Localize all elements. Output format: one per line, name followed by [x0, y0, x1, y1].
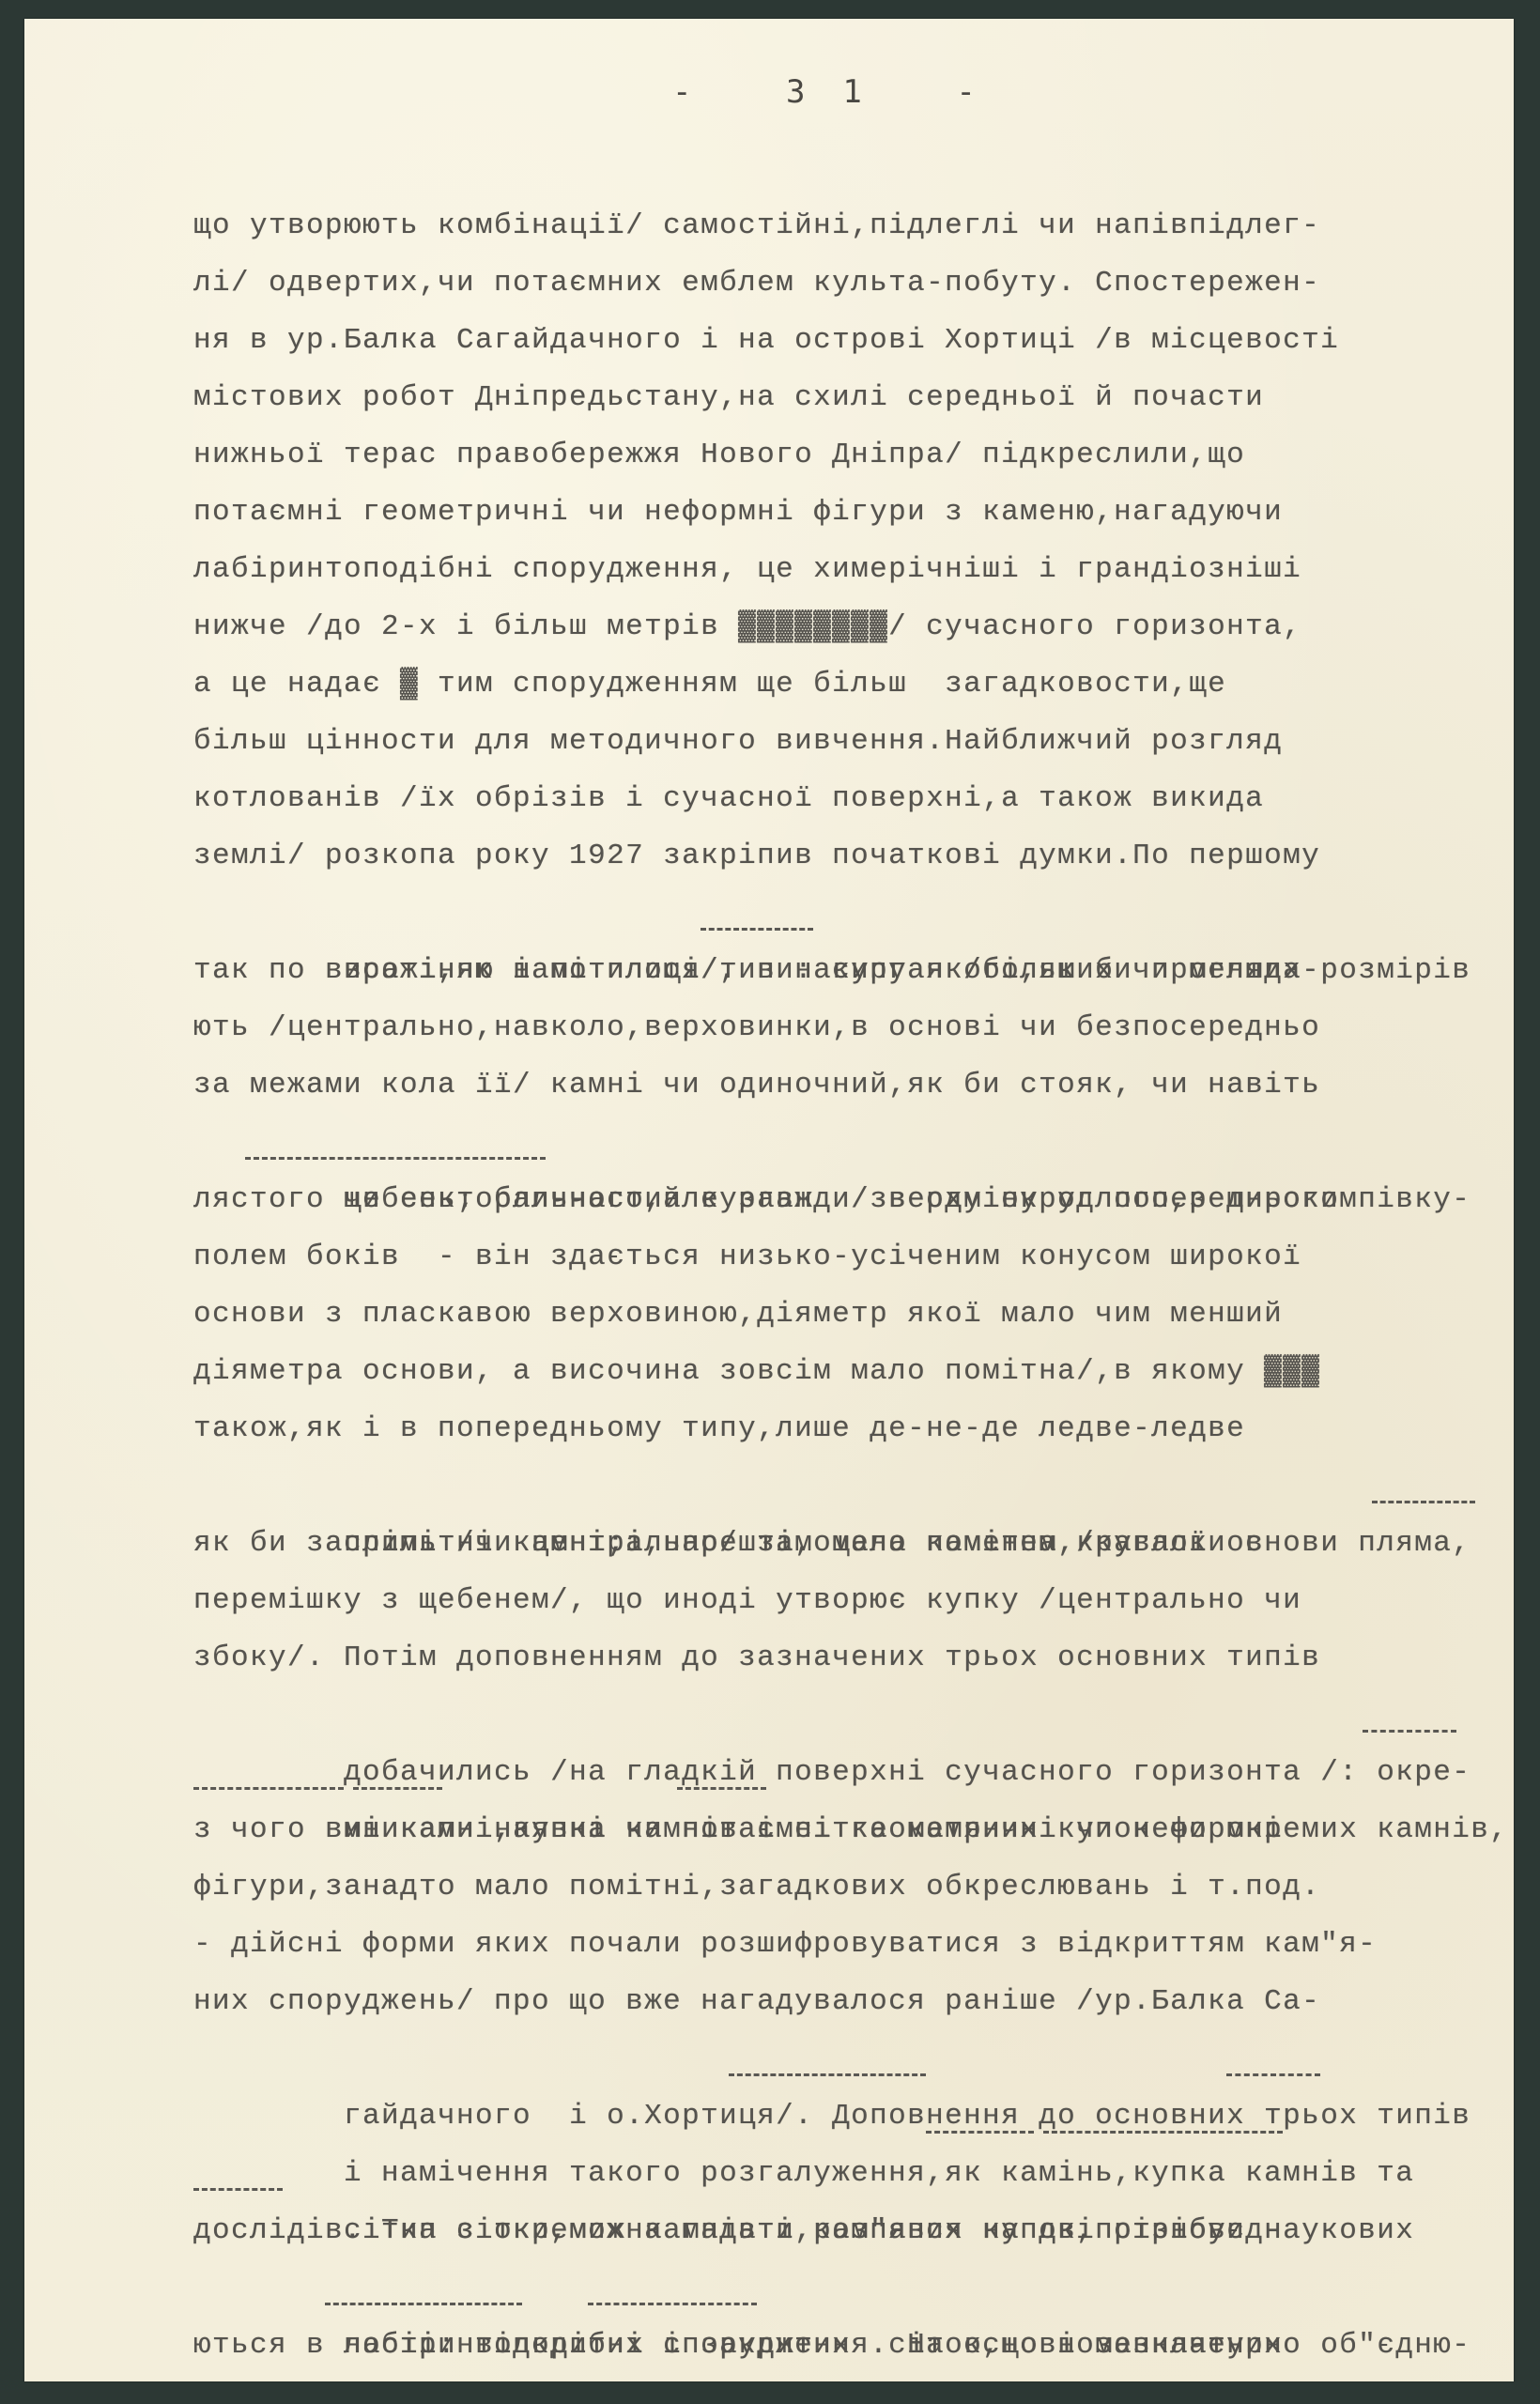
text-line: - дійсні форми яких почали розшифровуват… — [193, 1916, 1527, 1973]
text-line: збоку/. Потім доповненням до зазначених … — [193, 1629, 1527, 1687]
text-line: діяметра основи, а височина зовсім мало … — [193, 1343, 1527, 1400]
underline-mi-kamni — [193, 1787, 344, 1790]
text-line: землі/ розкопа року 1927 закріпив початк… — [193, 827, 1527, 885]
underline-blychchastyi-kurgan — [245, 1157, 546, 1160]
text-line-with-underline: щебень; бличчастий курган / в одміну од … — [193, 1114, 1527, 1171]
text-line: ня в ур.Балка Сагайдачного і на острові … — [193, 312, 1527, 369]
underline-kurgan — [701, 928, 813, 931]
text-line: котлованів /їх обрізів і сучасної поверх… — [193, 770, 1527, 827]
text-line: так по висоті,як і по площі/, в насипу я… — [193, 942, 1527, 999]
underline-okre — [1363, 1730, 1456, 1733]
text-line-with-underline: гайдачного і о.Хортиця/. Доповнення до о… — [193, 2030, 1527, 2088]
underline-sitka — [677, 1787, 766, 1790]
underline-dopovnennya — [729, 2073, 926, 2076]
text-line: ють /центрально,навколо,верховинки,в осн… — [193, 999, 1527, 1056]
underline-sitka-2 — [193, 2188, 283, 2191]
text-line: як би засліль /чи центрально/ замощена к… — [193, 1515, 1527, 1572]
text-line-with-underline: добачились /на гладкій поверхні сучасног… — [193, 1687, 1527, 1744]
text-line: також,як і в попередньому типу,лише де-н… — [193, 1400, 1527, 1457]
text-line: за межами кола її/ камні чи одиночний,як… — [193, 1056, 1527, 1114]
text-line: більш цінности для методичного вивчення.… — [193, 713, 1527, 770]
underline-kamin — [926, 2131, 1034, 2134]
text-line: що утворюють комбінації/ самостійні,підл… — [193, 197, 1527, 254]
text-line: полем боків - він здається низько-усічен… — [193, 1228, 1527, 1286]
paper-sheet: - 31 - що утворюють комбінації/ самостій… — [24, 19, 1514, 2381]
text-line: а це надає ▓ тим спорудженням ще більш з… — [193, 655, 1527, 713]
text-line: нижче /до 2-х і більш метрів ▓▓▓▓▓▓▓▓/ с… — [193, 598, 1527, 655]
underline-vidkrytykh — [325, 2303, 522, 2305]
scanned-page: - 31 - що утворюють комбінації/ самостій… — [0, 0, 1540, 2404]
text-line: перемішку з щебенем/, що иноді утворює к… — [193, 1572, 1527, 1629]
text-line: нижньої терас правобережжя Нового Дніпра… — [193, 426, 1527, 484]
underline-zakrytykh — [588, 2303, 757, 2305]
underline-kupka — [353, 1787, 442, 1790]
text-line: фігури,занадто мало помітні,загадкових о… — [193, 1858, 1527, 1916]
text-line: них споруджень/ про що вже нагадувалося … — [193, 1973, 1527, 2030]
text-line: лястого чи секторального,але завжди звер… — [193, 1171, 1527, 1228]
text-line: потаємні геометричні чи неформні фігури … — [193, 484, 1527, 541]
text-line-with-underline: примітні камні;і,нарешті, мало помітна,к… — [193, 1457, 1527, 1515]
text-line: лі/ одвертих,чи потаємних емблем культа-… — [193, 254, 1527, 312]
underline-trokh — [1226, 2073, 1320, 2076]
text-line-with-underline: і намічення такого розгалуження,як камін… — [193, 2088, 1527, 2145]
text-line: лабіринтоподібні спорудження, це химеріч… — [193, 541, 1527, 598]
text-line-with-underline: ності: відкритих і закритих сіток,що ном… — [193, 2259, 1527, 2317]
text-line-with-underline: сітка з окремих камнів і кам"яних купок,… — [193, 2145, 1527, 2202]
text-line: основи з пласкавою верховиною,діяметр як… — [193, 1286, 1527, 1343]
text-line-with-underline: мі камні,купка камнів і сітка камяних ку… — [193, 1744, 1527, 1801]
text-line: містових робот Дніпредьстану,на схилі се… — [193, 369, 1527, 426]
page-number: - 31 - — [672, 73, 1013, 111]
text-line-with-underline: вражінню намітилися типи: курган /більши… — [193, 885, 1527, 942]
text-line: з чого виникали наявні чи потаємні геоме… — [193, 1801, 1527, 1858]
text-line: ються в лабіринтоподібні спорудження. На… — [193, 2317, 1527, 2374]
text-line: дослідів. Тип сітки,можна гадати,розпавс… — [193, 2202, 1527, 2259]
underline-plyama — [1372, 1501, 1475, 1503]
typewritten-body: що утворюють комбінації/ самостійні,підл… — [193, 197, 1527, 2374]
underline-kupka-kamniv — [1043, 2131, 1283, 2134]
